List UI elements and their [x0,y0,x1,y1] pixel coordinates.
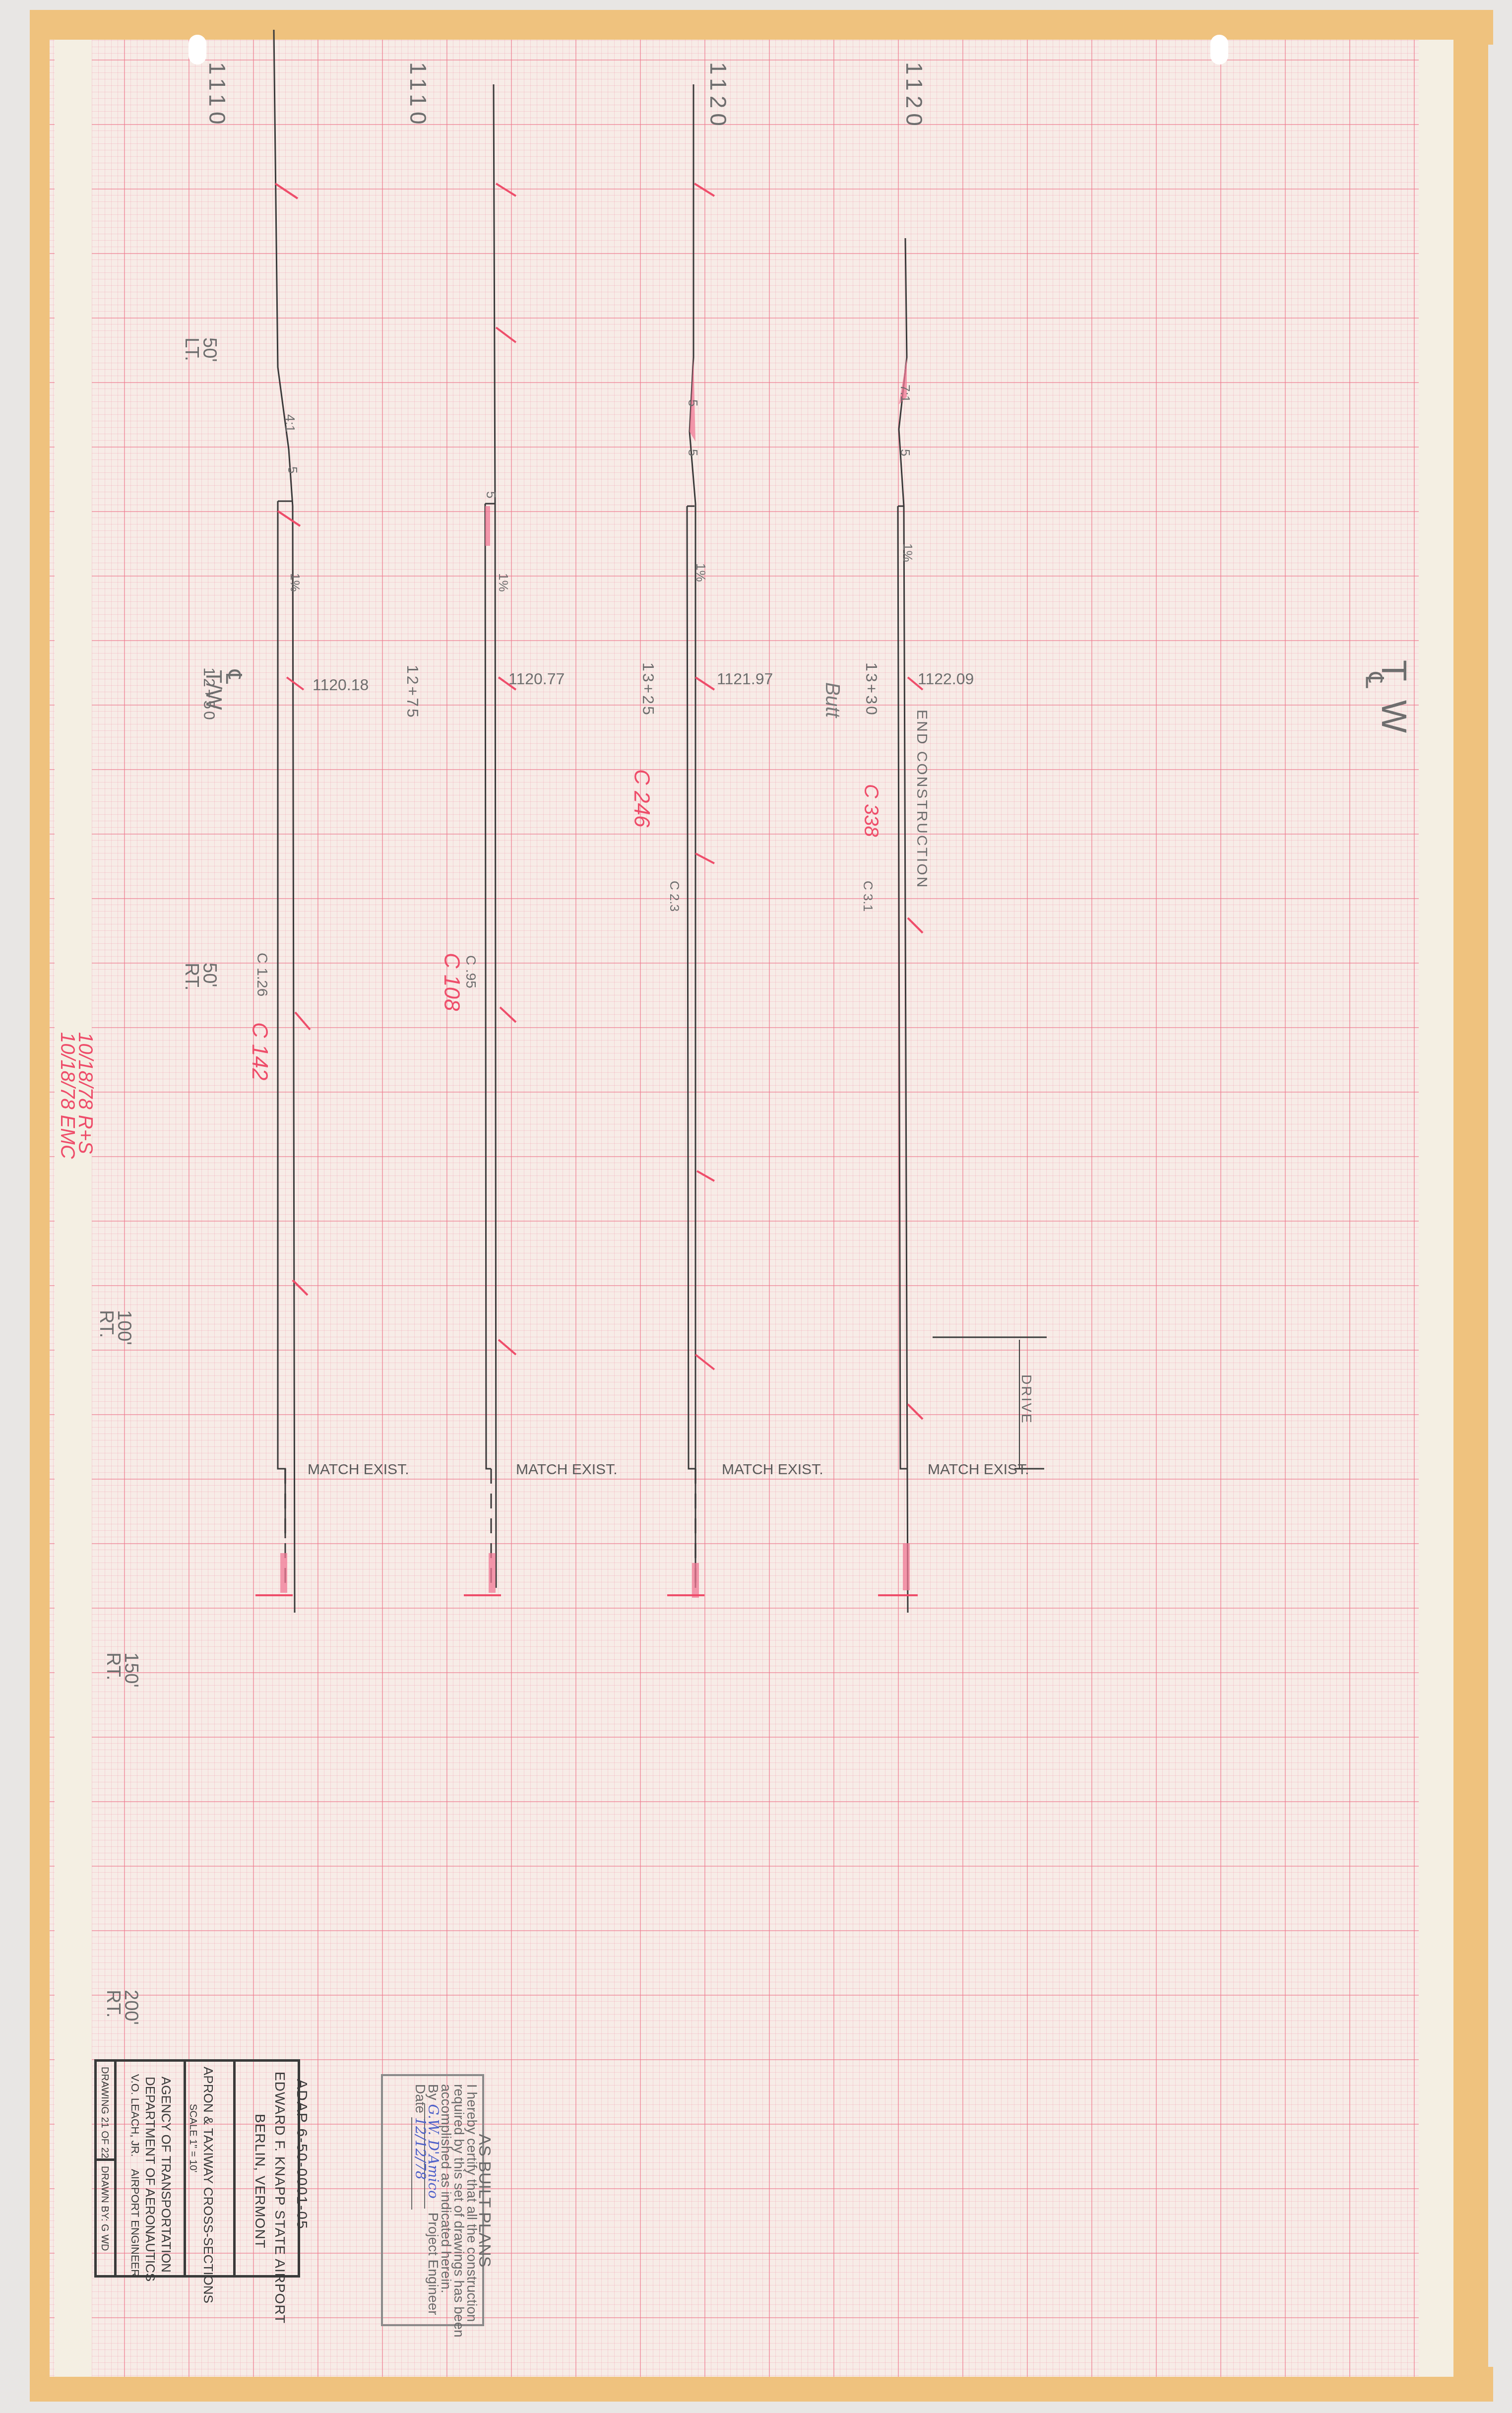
cross-section-drawings [0,0,1512,2413]
section-3-slope-5: 5 [685,399,700,406]
title-block-divider [233,2059,236,2275]
section-1-slope-5: 5 [285,466,300,473]
section-4-butt-note: Butt [821,682,843,717]
section-4-elevation: 1122.09 [918,670,974,688]
as-built-date-row: Date 12/12/78 [414,2084,427,2338]
title-block-divider [184,2059,186,2275]
section-2-match-exist: MATCH EXIST. [516,1461,617,1478]
sheet-title: APRON & TAXIWAY CROSS-SECTIONS [200,2067,216,2303]
section-4-match-exist: MATCH EXIST. [928,1461,1029,1478]
drawing-number: DRAWING 21 OF 22 [99,2067,110,2158]
section-2-slope-1pct: 1% [496,573,511,592]
engineer-row: V.O. LEACH, JR. AIRPORT ENGINEER [128,2074,141,2277]
section-1-cut-asbuilt: C 142 [247,1022,272,1080]
as-built-stamp-content: AS BUILT PLANS I hereby certify that all… [414,2084,491,2338]
section-1-cut-design: C 1.26 [253,953,270,996]
as-built-line1: I hereby certify that all the constructi… [465,2084,478,2338]
department-name: DEPARTMENT OF AERONAUTICS [142,2077,158,2282]
as-built-title: AS BUILT PLANS [478,2084,491,2317]
section-2-station: 12+75 [403,665,422,719]
section-2-elevation: 1120.77 [508,670,565,688]
section-4-end-construction: END CONSTRUCTION [913,710,930,889]
section-3-cut-asbuilt: C 246 [629,769,654,827]
section-1-slope-41: 4:1 [282,414,298,432]
section-3-elevation: 1121.97 [717,670,773,688]
section-3-slope-1pct: 1% [693,563,708,582]
section-4-cut-design: C 3.1 [860,881,876,912]
drawing-scale: SCALE 1" = 10' [187,2104,198,2172]
section-4-cut-asbuilt: C 338 [860,784,882,837]
drawn-by: DRAWN BY: G WD [99,2166,110,2251]
agency-name: AGENCY OF TRANSPORTATION [158,2077,174,2273]
title-block-divider [94,2158,117,2161]
airport-name: EDWARD F. KNAPP STATE AIRPORT [272,2072,288,2324]
title-block-divider [114,2059,117,2275]
airport-location: BERLIN, VERMONT [252,2114,268,2249]
section-3-cut-design: C 2.3 [667,881,682,912]
section-3-slope-5b: 5 [685,449,700,456]
section-3-station: 13+25 [639,662,657,717]
section-2-cut-asbuilt: C 108 [439,953,464,1011]
as-built-date: 12/12/78 [411,2117,429,2210]
section-2-cut-design: C .95 [463,955,479,988]
section-3-match-exist: MATCH EXIST. [722,1461,823,1478]
section-1-slope-1pct: 1% [287,573,303,592]
section-1-match-exist: MATCH EXIST. [308,1461,409,1478]
section-2-slope-5: 5 [483,491,499,498]
section-1-station: 12+50 [200,667,218,722]
drive-label: DRIVE [1018,1374,1034,1425]
section-4-slope-1pct: 1% [900,543,915,562]
section-4-station: 13+30 [862,662,881,717]
as-built-line2: required by this set of drawings has bee… [452,2084,465,2338]
section-4-slope-5: 5 [897,449,913,456]
section-1-elevation: 1120.18 [313,676,369,694]
section-4-slope-71: 7:1 [897,385,913,402]
